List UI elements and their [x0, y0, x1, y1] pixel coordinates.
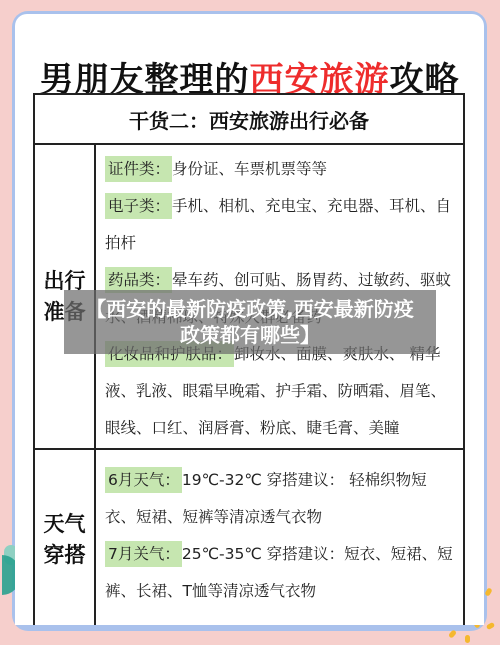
table-header: 干货二：西安旅游出行必备 — [35, 95, 463, 145]
caption-overlay: 【西安的最新防疫政策,西安最新防疫 政策都有哪些】 — [64, 290, 436, 354]
category-tag: 7月关气： — [105, 541, 182, 567]
row-label-line: 穿搭 — [42, 540, 88, 571]
list-item: 电子类：手机、相机、充电宝、充电器、耳机、自拍杆 — [105, 188, 453, 262]
category-tag: 电子类： — [105, 193, 172, 219]
list-item: 6月天气：19℃-32℃ 穿搭建议： 轻棉织物短衣、短裙、短裤等清凉透气衣物 — [105, 462, 453, 536]
row-label-line: 天气 — [42, 509, 88, 540]
caption-line: 政策都有哪些】 — [64, 322, 436, 348]
sparkle-decoration-icon — [465, 635, 470, 643]
item-text: 身份证、车票机票等等 — [172, 160, 327, 178]
list-item: 7月关气：25℃-35℃ 穿搭建议：短衣、短裙、短裤、长裙、T恤等清凉透气衣物 — [105, 536, 453, 610]
list-item: 证件类：身份证、车票机票等等 — [105, 151, 453, 188]
table-row: 天气 穿搭 6月天气：19℃-32℃ 穿搭建议： 轻棉织物短衣、短裙、短裤等清凉… — [35, 450, 463, 625]
checklist-table: 干货二：西安旅游出行必备 出行 准备 证件类：身份证、车票机票等等 电子类：手机… — [33, 93, 465, 625]
row-label: 天气 穿搭 — [35, 450, 96, 625]
category-tag: 6月天气： — [105, 467, 182, 493]
category-tag: 证件类： — [105, 156, 172, 182]
sparkle-decoration-icon — [486, 622, 495, 630]
caption-line: 【西安的最新防疫政策,西安最新防疫 — [64, 296, 436, 322]
row-content: 6月天气：19℃-32℃ 穿搭建议： 轻棉织物短衣、短裙、短裤等清凉透气衣物 7… — [96, 450, 463, 625]
